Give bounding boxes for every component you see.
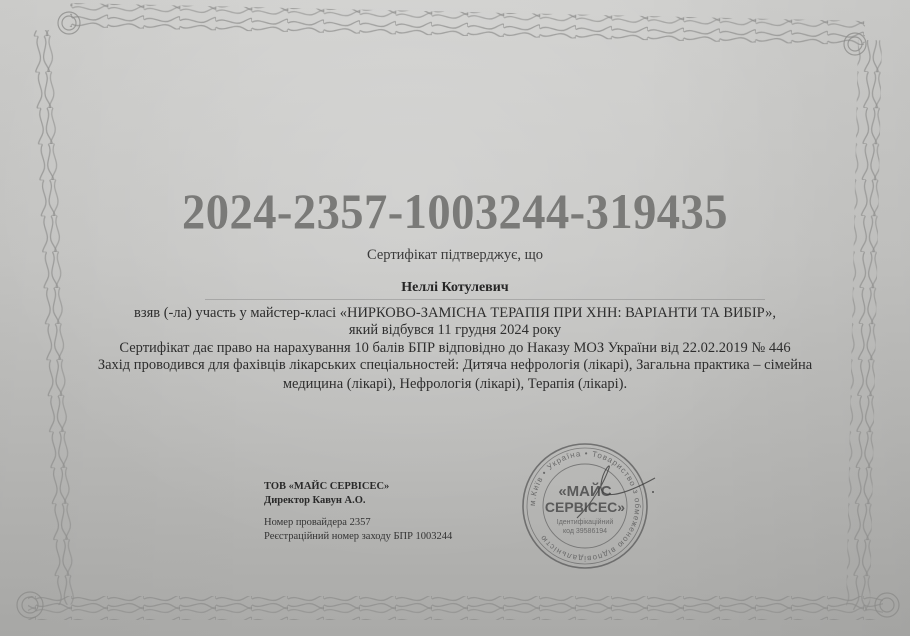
stamp-center-line2: СЕРВІСЕС»: [545, 499, 625, 515]
recipient-name: Неллі Котулевич: [0, 280, 910, 296]
event-registration-number: Реєстраційний номер заходу БПР 1003244: [264, 530, 452, 544]
stamp-id-label: Ідентифікаційний: [557, 518, 614, 526]
certificate-number: 2024-2357-1003244-319435: [32, 182, 878, 240]
company-stamp: м.Київ • Україна • Товариство з обмежено…: [505, 440, 665, 570]
event-date-text: який відбувся 11 грудня 2024 року: [0, 322, 910, 339]
organizer-director: Директор Кавун А.О.: [264, 494, 389, 508]
name-underline: [205, 299, 765, 300]
audience-text-line1: Захід проводився для фахівців лікарських…: [0, 357, 910, 374]
certificate-page: 2024-2357-1003244-319435 Сертифікат підт…: [0, 0, 910, 636]
organizer-company: ТОВ «МАЙС СЕРВІСЕС»: [264, 480, 389, 494]
audience-text-line2: медицина (лікарі), Нефрологія (лікарі), …: [0, 376, 910, 393]
participation-text: взяв (-ла) участь у майстер-класі «НИРКО…: [0, 305, 910, 322]
provider-block: Номер провайдера 2357 Реєстраційний номе…: [264, 516, 452, 544]
confirm-text: Сертифікат підтверджує, що: [0, 247, 910, 264]
stamp-center-line1: «МАЙС: [558, 482, 611, 500]
organizer-block: ТОВ «МАЙС СЕРВІСЕС» Директор Кавун А.О.: [264, 480, 389, 508]
stamp-id-code: код 39586194: [563, 528, 607, 535]
points-text: Сертифікат дає право на нарахування 10 б…: [0, 340, 910, 357]
provider-number: Номер провайдера 2357: [264, 516, 452, 530]
